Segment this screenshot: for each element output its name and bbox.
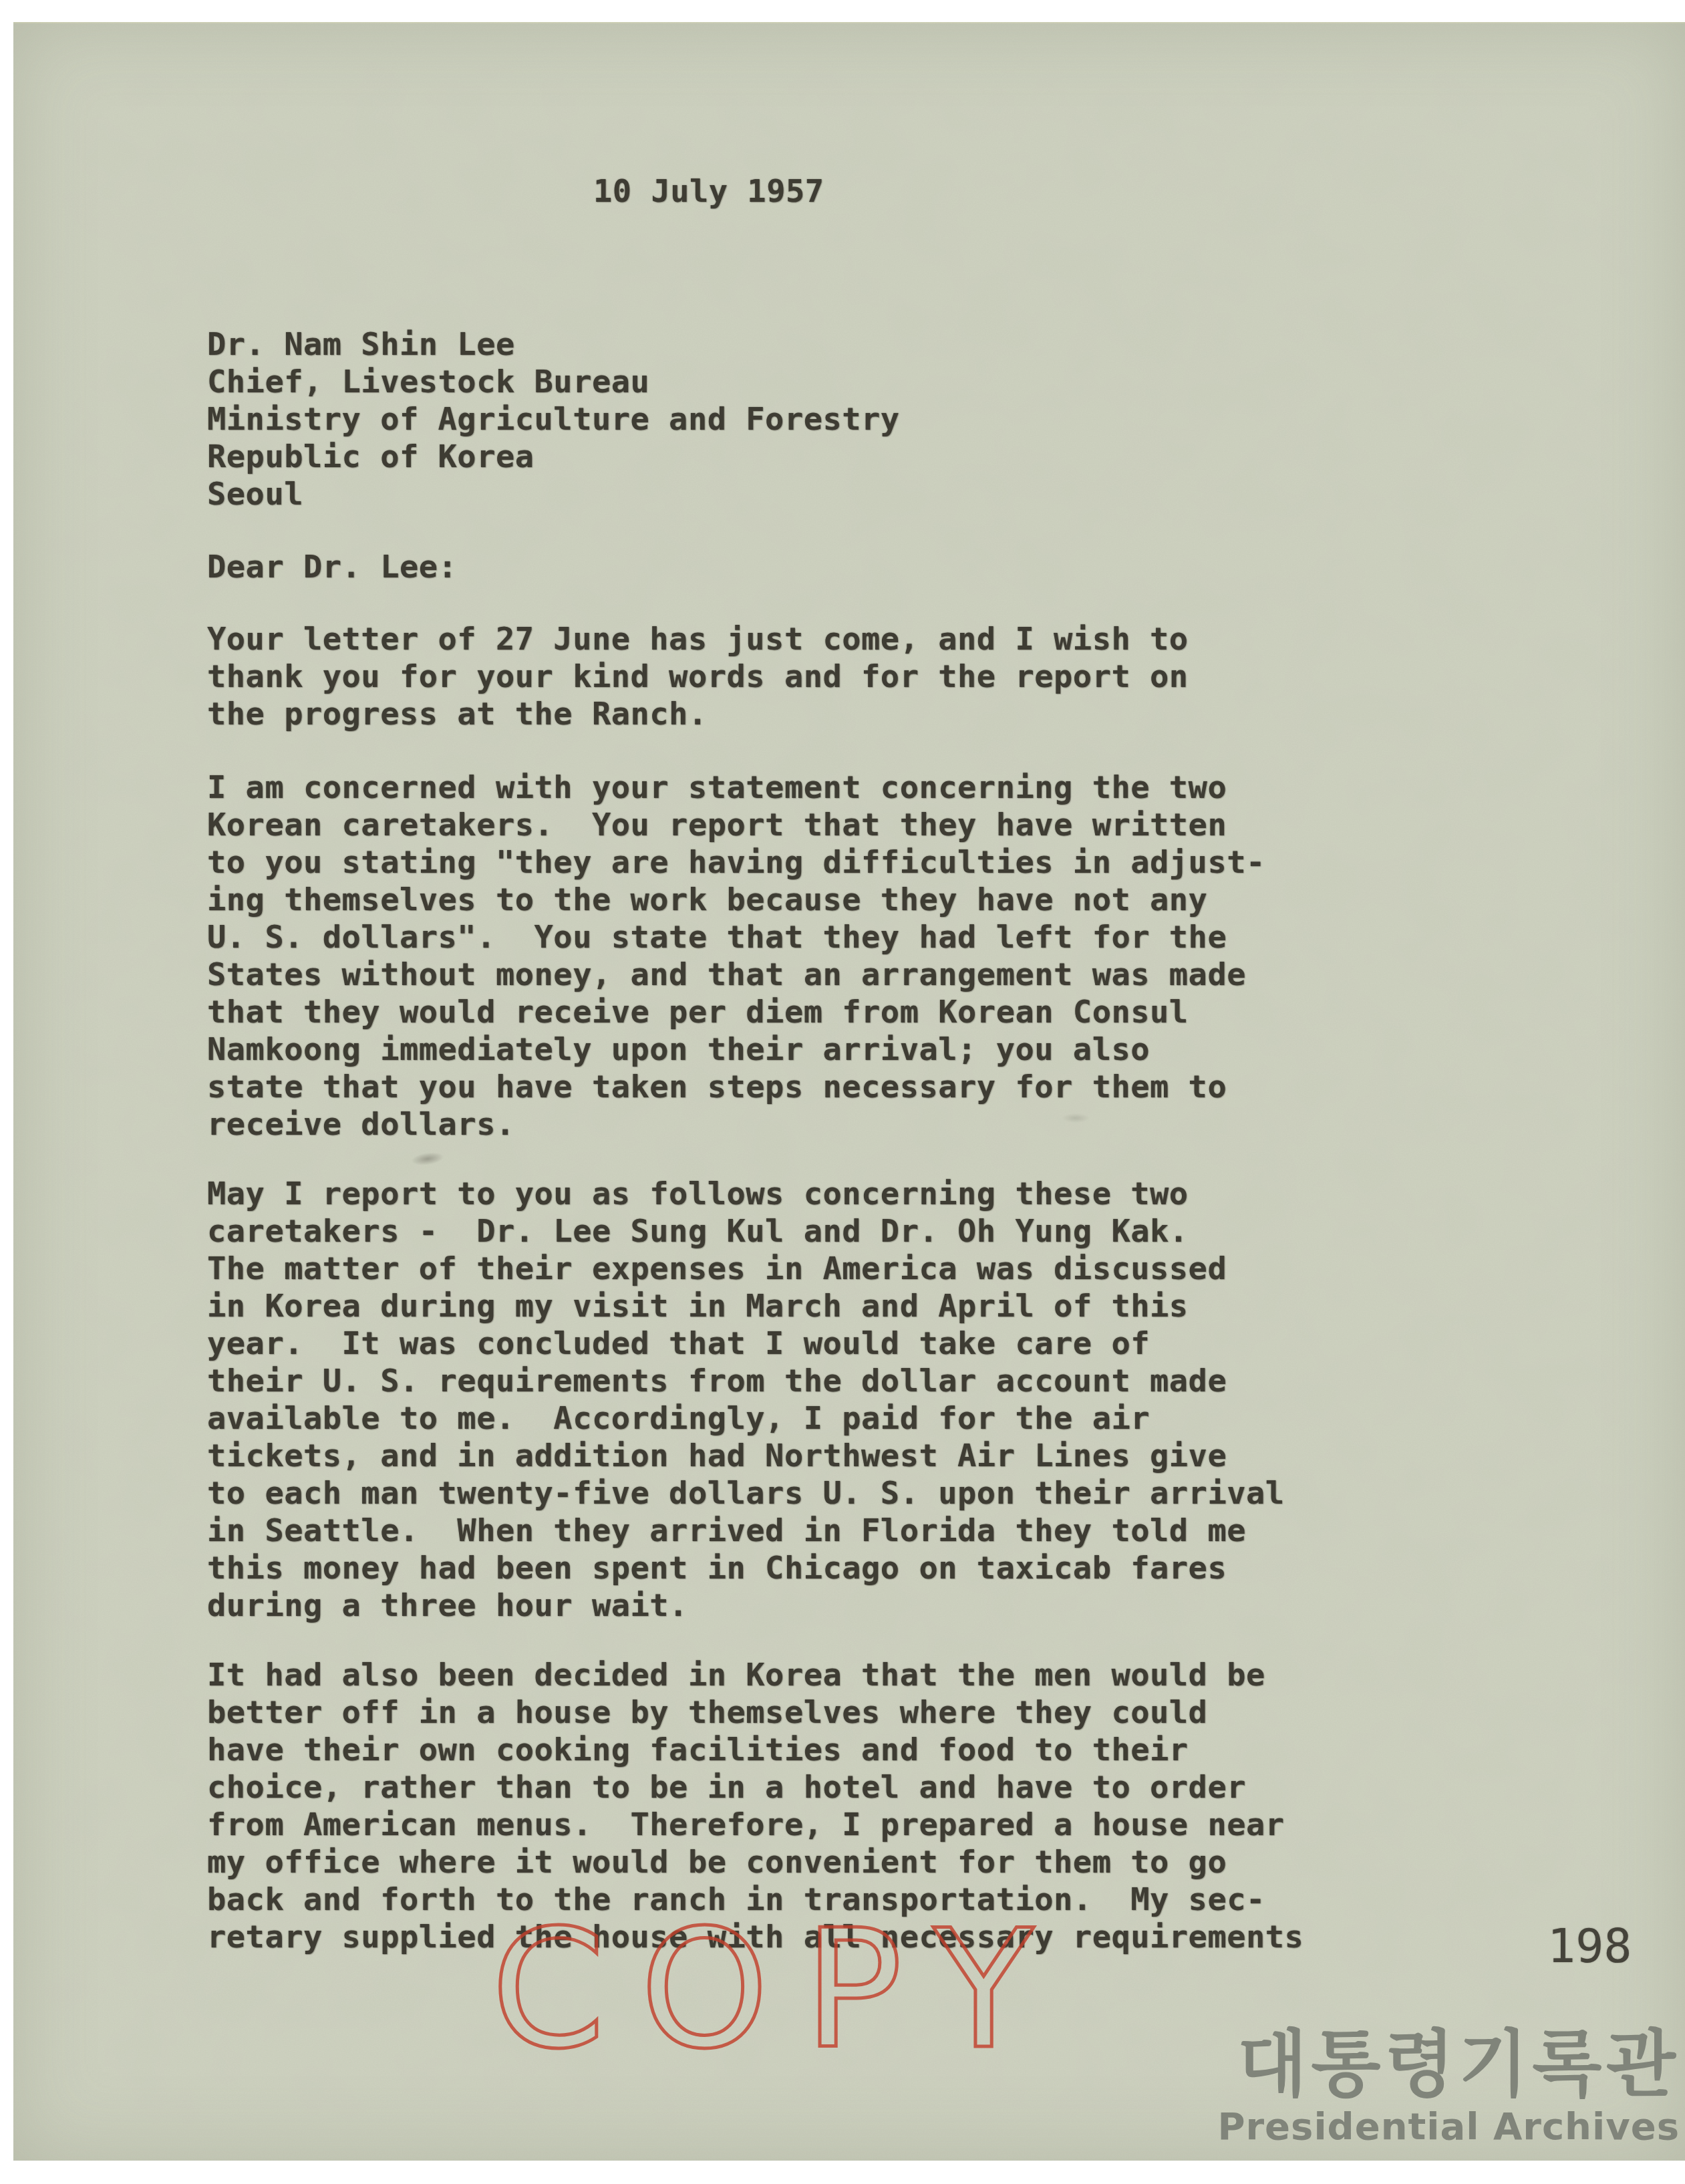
scanned-document: { "letter": { "date": "10 July 1957", "r… bbox=[0, 0, 1685, 2184]
archive-mark-english-text: Presidential Archives bbox=[1217, 2107, 1680, 2147]
letter-date: 10 July 1957 bbox=[593, 173, 824, 211]
archive-mark-korean-text: 대통령기록관 bbox=[1217, 2026, 1680, 2104]
page-number: 198 bbox=[1547, 1919, 1632, 1973]
salutation-line: Dear Dr. Lee: bbox=[207, 549, 457, 586]
letter-paragraph: I am concerned with your statement conce… bbox=[207, 769, 1265, 1143]
archive-mark: 대통령기록관 Presidential Archives bbox=[1217, 2026, 1680, 2147]
letter-paragraph: May I report to you as follows concernin… bbox=[207, 1176, 1285, 1625]
recipient-address: Dr. Nam Shin Lee Chief, Livestock Bureau… bbox=[207, 326, 900, 513]
letter-paragraph: Your letter of 27 June has just come, an… bbox=[207, 621, 1189, 733]
copy-stamp: COPY bbox=[491, 1908, 1068, 2072]
document-page: 10 July 1957 Dr. Nam Shin Lee Chief, Liv… bbox=[13, 22, 1685, 2161]
scan-artifact bbox=[404, 1147, 452, 1170]
